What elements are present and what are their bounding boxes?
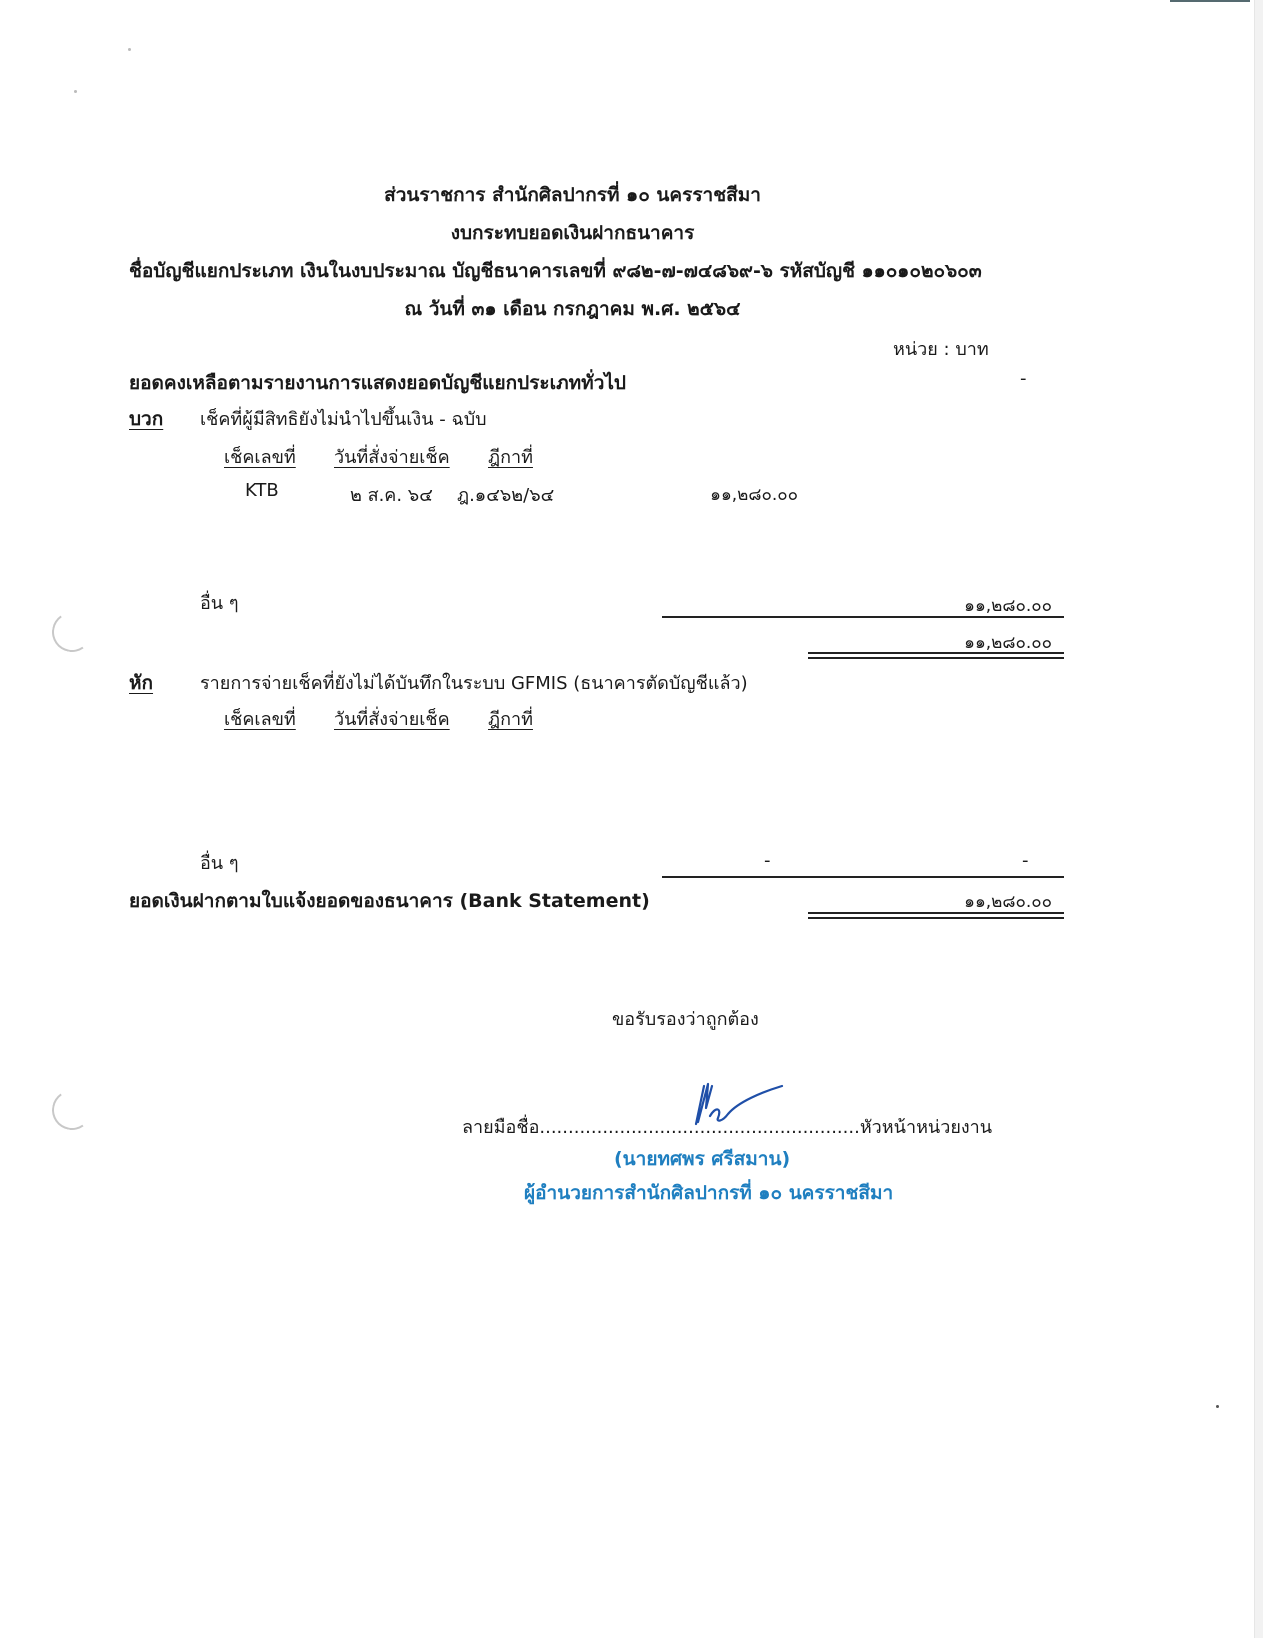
deduct-other-amount: - <box>1022 850 1029 871</box>
unit-label: หน่วย : บาท <box>893 334 989 363</box>
add-col-date: วันที่สั่งจ่ายเช็ค <box>334 442 450 471</box>
signature-role: หัวหน้าหน่วยงาน <box>860 1117 992 1138</box>
voucher-no: ฎ.๑๔๖๒/๖๔ <box>457 480 554 509</box>
add-col-voucher: ฎีกาที่ <box>488 442 533 471</box>
signer-name: (นายทศพร ศรีสมาน) <box>614 1144 790 1174</box>
deduct-col-voucher: ฎีกาที่ <box>488 704 533 733</box>
deduct-col-date: วันที่สั่งจ่ายเช็ค <box>334 704 450 733</box>
punch-hole-mark <box>49 609 95 655</box>
cheque-amount: ๑๑,๒๘๐.๐๐ <box>640 481 798 508</box>
signature-label: ลายมือชื่อ <box>462 1117 539 1138</box>
scan-speck <box>74 90 77 93</box>
account-info: ชื่อบัญชีแยกประเภท เงินในงบประมาณ บัญชีธ… <box>129 256 982 286</box>
bank-statement-label: ยอดเงินฝากตามใบแจ้งยอดของธนาคาร (Bank St… <box>129 886 650 916</box>
deduct-other-amount-mid: - <box>764 850 771 871</box>
punch-hole-mark <box>49 1087 95 1133</box>
as-of-date: ณ วันที่ ๓๑ เดือน กรกฎาคม พ.ศ. ๒๕๖๔ <box>0 294 1145 324</box>
signature-dots: ........................................… <box>539 1117 859 1138</box>
add-description: เช็คที่ผู้มีสิทธิยังไม่นำไปขึ้นเงิน - ฉบ… <box>200 404 487 433</box>
add-col-cheque-no: เช็คเลขที่ <box>224 442 296 471</box>
signature-line: ลายมือชื่อ..............................… <box>462 1112 992 1141</box>
cheque-date: ๒ ส.ค. ๖๔ <box>350 480 433 509</box>
ledger-balance-amount: - <box>1020 368 1027 389</box>
double-rule <box>808 652 1064 659</box>
double-rule <box>808 912 1064 919</box>
scan-right-edge <box>1254 0 1263 1638</box>
scan-speck <box>128 48 131 51</box>
cheque-no: KTB <box>245 480 279 501</box>
document-title: งบกระทบยอดเงินฝากธนาคาร <box>0 218 1145 248</box>
sum-rule <box>662 616 1064 618</box>
deduct-col-cheque-no: เช็คเลขที่ <box>224 704 296 733</box>
certification-text: ขอรับรองว่าถูกต้อง <box>612 1004 759 1033</box>
add-other-label: อื่น ๆ <box>200 588 239 617</box>
bank-statement-amount: ๑๑,๒๘๐.๐๐ <box>890 888 1052 915</box>
deduct-tag: หัก <box>129 668 153 698</box>
ledger-balance-label: ยอดคงเหลือตามรายงานการแสดงยอดบัญชีแยกประ… <box>129 368 626 398</box>
add-tag: บวก <box>129 404 163 434</box>
deduct-other-label: อื่น ๆ <box>200 848 239 877</box>
deduct-description: รายการจ่ายเช็คที่ยังไม่ได้บันทึกในระบบ G… <box>200 668 748 697</box>
signer-title: ผู้อำนวยการสำนักศิลปากรที่ ๑๐ นครราชสีมา <box>524 1178 893 1208</box>
add-other-amount: ๑๑,๒๘๐.๐๐ <box>890 592 1052 619</box>
sum-rule <box>662 876 1064 878</box>
scan-speck <box>1216 1405 1219 1408</box>
scan-edge-artifact <box>1170 0 1250 2</box>
org-name: ส่วนราชการ สำนักศิลปากรที่ ๑๐ นครราชสีมา <box>0 180 1145 210</box>
